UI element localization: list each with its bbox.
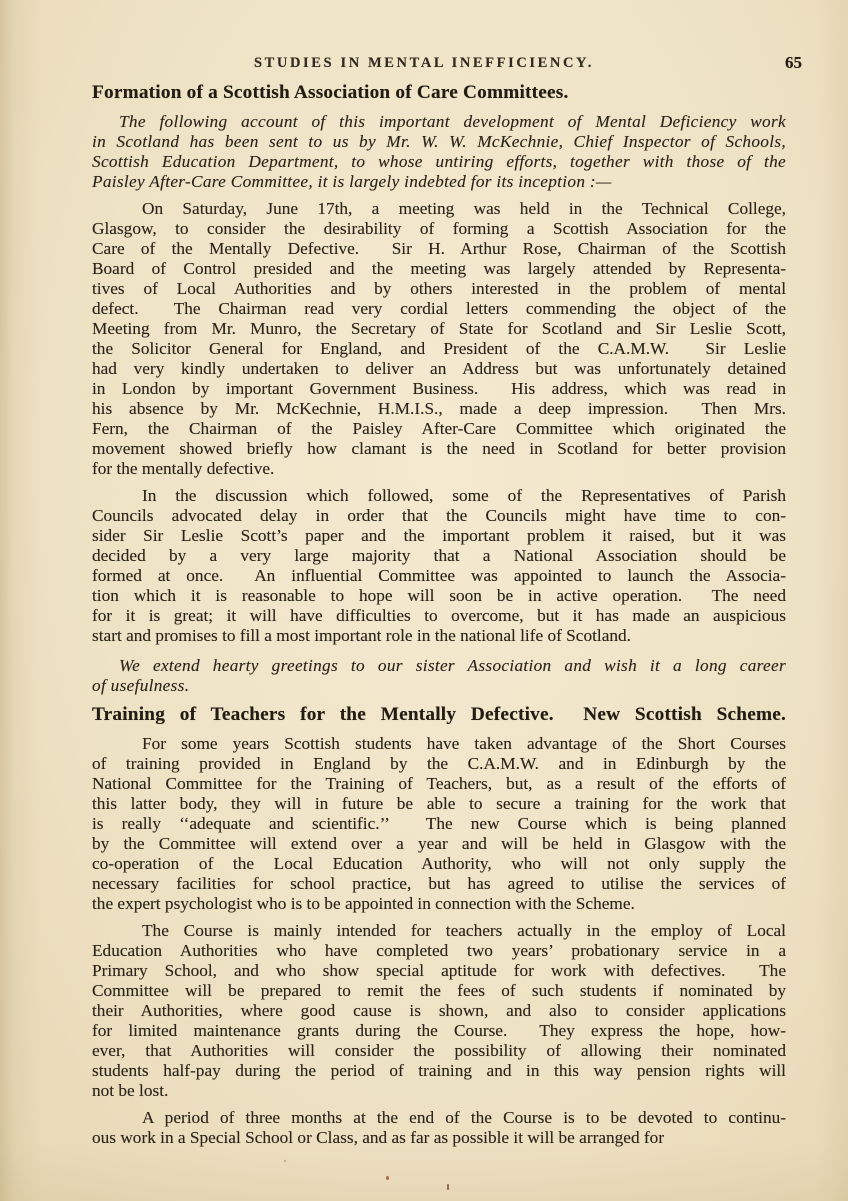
paragraph-line: Education Authorities who have completed… bbox=[92, 941, 786, 961]
paragraph-line: tives of Local Authorities and by others… bbox=[92, 279, 786, 299]
section-heading: Training of Teachers for the Mentally De… bbox=[92, 703, 786, 727]
paragraph-line: Board of Control presided and the meetin… bbox=[92, 259, 786, 279]
paragraph-line: this latter body, they will in future be… bbox=[92, 794, 786, 814]
running-header-title: STUDIES IN MENTAL INEFFICIENCY. bbox=[92, 55, 756, 72]
paragraph-line: for it is great; it will have difficulti… bbox=[92, 606, 786, 626]
page-number: 65 bbox=[785, 53, 802, 73]
paragraph-line: start and promises to fill a most import… bbox=[92, 626, 786, 646]
paragraph-line: of usefulness. bbox=[92, 676, 786, 696]
paragraph-line: defect. The Chairman read very cordial l… bbox=[92, 299, 786, 319]
paragraph-line: his absence by Mr. McKechnie, H.M.I.S., … bbox=[92, 399, 786, 419]
paragraph-line: for the mentally defective. bbox=[92, 459, 786, 479]
paragraph-line: sider Sir Leslie Scott’s paper and the i… bbox=[92, 526, 786, 546]
paragraph-line: ous work in a Special School or Class, a… bbox=[92, 1128, 786, 1148]
paragraph-line: tion which it is reasonable to hope will… bbox=[92, 586, 786, 606]
paragraph-line: for limited maintenance grants during th… bbox=[92, 1021, 786, 1041]
page-body: Formation of a Scottish Association of C… bbox=[92, 80, 786, 1155]
paragraph-line: necessary facilities for school practice… bbox=[92, 874, 786, 894]
paragraph-line: co-operation of the Local Education Auth… bbox=[92, 854, 786, 874]
paragraph-line: students half-pay during the period of t… bbox=[92, 1061, 786, 1081]
paragraph-line: is really ‘‘adequate and scientific.’’ T… bbox=[92, 814, 786, 834]
paper-speck bbox=[386, 1176, 389, 1180]
paper-speck bbox=[447, 1184, 449, 1190]
paragraph: In the discussion which followed, some o… bbox=[92, 486, 786, 646]
paragraph-line: We extend hearty greetings to our sister… bbox=[92, 656, 786, 676]
paragraph-line: ever, that Authorities will consider the… bbox=[92, 1041, 786, 1061]
running-header: STUDIES IN MENTAL INEFFICIENCY. 65 bbox=[92, 55, 786, 75]
paragraph-line: Glasgow, to consider the desirability of… bbox=[92, 219, 786, 239]
paragraph: A period of three months at the end of t… bbox=[92, 1108, 786, 1148]
paragraph-line: Fern, the Chairman of the Paisley After-… bbox=[92, 419, 786, 439]
paragraph-line: had very kindly undertaken to deliver an… bbox=[92, 359, 786, 379]
paragraph-line: National Committee for the Training of T… bbox=[92, 774, 786, 794]
paragraph-line: of training provided in England by the C… bbox=[92, 754, 786, 774]
paragraph-line: their Authorities, where good cause is s… bbox=[92, 1001, 786, 1021]
paragraph: We extend hearty greetings to our sister… bbox=[92, 656, 786, 696]
paper-speck bbox=[284, 1160, 286, 1162]
paragraph: On Saturday, June 17th, a meeting was he… bbox=[92, 199, 786, 479]
paragraph-line: In the discussion which followed, some o… bbox=[92, 486, 786, 506]
paragraph-line: Meeting from Mr. Munro, the Secretary of… bbox=[92, 319, 786, 339]
paragraph-line: by the Committee will extend over a year… bbox=[92, 834, 786, 854]
paragraph-line: The Course is mainly intended for teache… bbox=[92, 921, 786, 941]
paragraph-line: On Saturday, June 17th, a meeting was he… bbox=[92, 199, 786, 219]
paragraph: The following account of this important … bbox=[92, 112, 786, 192]
paragraph-line: the expert psychologist who is to be app… bbox=[92, 894, 786, 914]
paragraph-line: Councils advocated delay in order that t… bbox=[92, 506, 786, 526]
paragraph-line: The following account of this important … bbox=[92, 112, 786, 132]
paragraph-line: Primary School, and who show special apt… bbox=[92, 961, 786, 981]
paragraph-line: formed at once. An influential Committee… bbox=[92, 566, 786, 586]
paragraph: The Course is mainly intended for teache… bbox=[92, 921, 786, 1101]
paragraph-line: For some years Scottish students have ta… bbox=[92, 734, 786, 754]
paragraph-line: A period of three months at the end of t… bbox=[92, 1108, 786, 1128]
paragraph-line: decided by a very large majority that a … bbox=[92, 546, 786, 566]
paragraph-line: Paisley After-Care Committee, it is larg… bbox=[92, 172, 786, 192]
scanned-book-page: STUDIES IN MENTAL INEFFICIENCY. 65 Forma… bbox=[0, 0, 848, 1201]
paragraph-line: the Solicitor General for England, and P… bbox=[92, 339, 786, 359]
paragraph-line: movement showed briefly how clamant is t… bbox=[92, 439, 786, 459]
paragraph-line: Scottish Education Department, to whose … bbox=[92, 152, 786, 172]
paragraph: For some years Scottish students have ta… bbox=[92, 734, 786, 914]
paragraph-line: not be lost. bbox=[92, 1081, 786, 1101]
paragraph-line: in London by important Government Busine… bbox=[92, 379, 786, 399]
paragraph-line: Care of the Mentally Defective. Sir H. A… bbox=[92, 239, 786, 259]
paragraph-line: Committee will be prepared to remit the … bbox=[92, 981, 786, 1001]
paragraph-line: in Scotland has been sent to us by Mr. W… bbox=[92, 132, 786, 152]
section-heading: Formation of a Scottish Association of C… bbox=[92, 80, 786, 106]
